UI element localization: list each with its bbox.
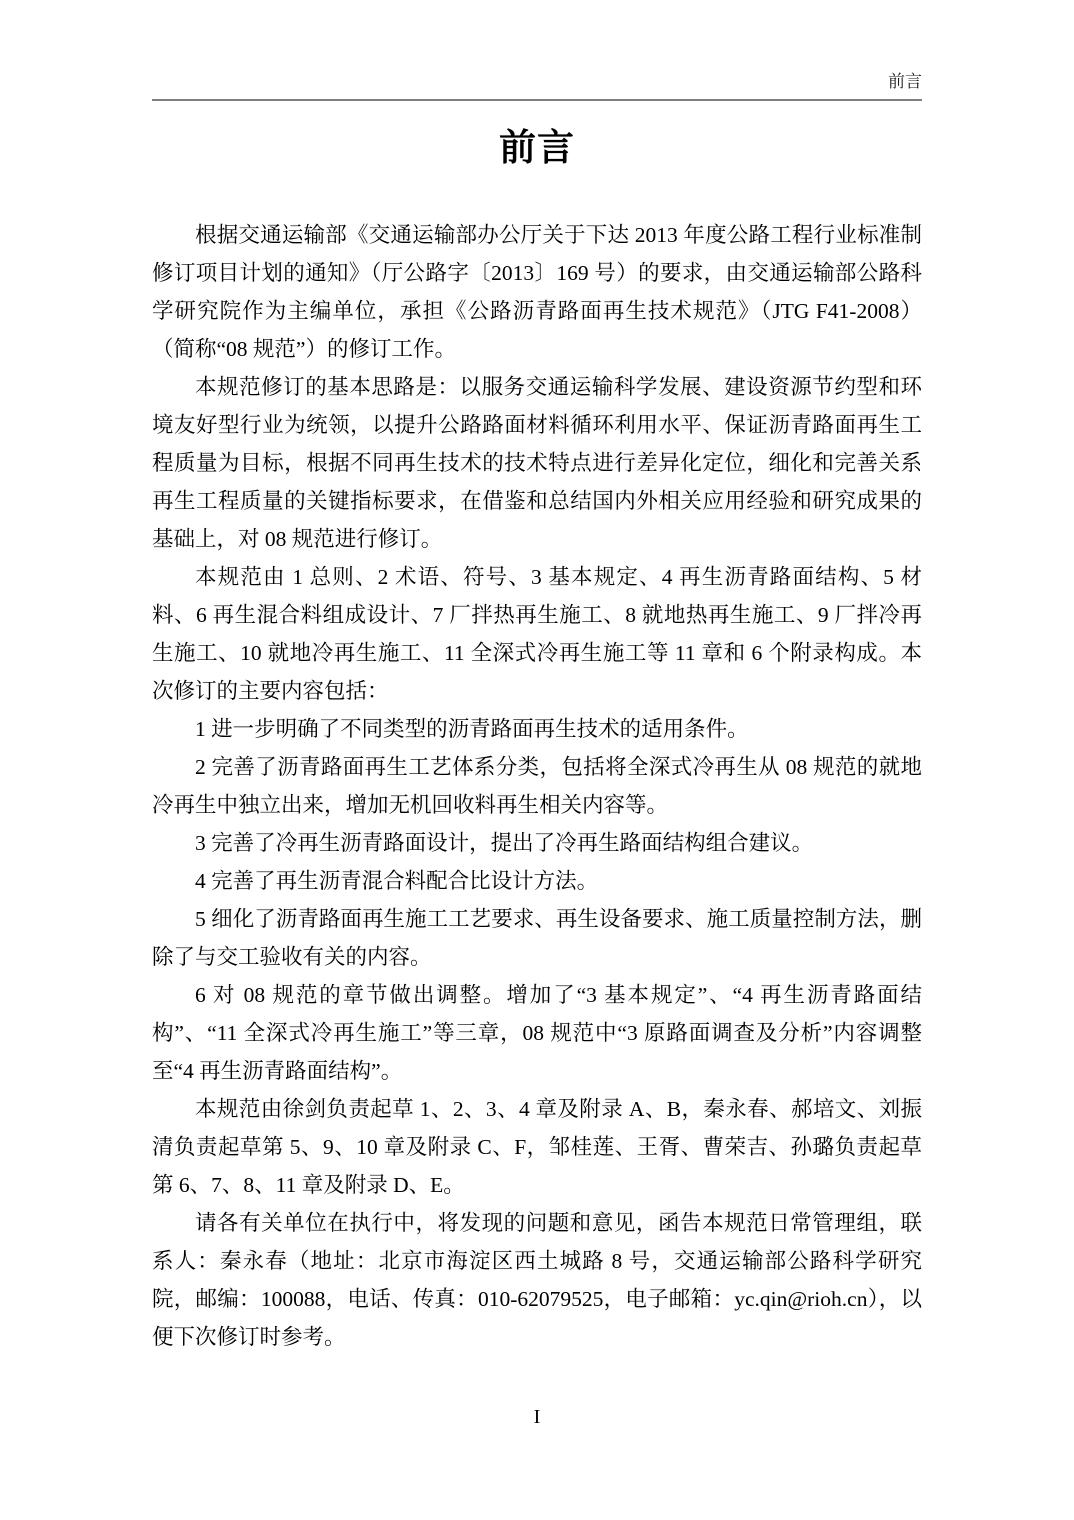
header-rule bbox=[152, 99, 922, 101]
list-item-1: 1 进一步明确了不同类型的沥青路面再生技术的适用条件。 bbox=[152, 710, 922, 748]
page-number: I bbox=[534, 1406, 541, 1428]
paragraph-contact: 请各有关单位在执行中，将发现的问题和意见，函告本规范日常管理组，联系人：秦永春（… bbox=[152, 1204, 922, 1356]
paragraph-intro: 根据交通运输部《交通运输部办公厅关于下达 2013 年度公路工程行业标准制修订项… bbox=[152, 216, 922, 368]
page-footer: I bbox=[0, 1403, 1074, 1431]
page-title: 前言 bbox=[0, 124, 1074, 172]
paragraph-revision-approach: 本规范修订的基本思路是：以服务交通运输科学发展、建设资源节约型和环境友好型行业为… bbox=[152, 368, 922, 558]
document-page: 前言 前言 根据交通运输部《交通运输部办公厅关于下达 2013 年度公路工程行业… bbox=[0, 0, 1074, 1520]
list-item-2: 2 完善了沥青路面再生工艺体系分类，包括将全深式冷再生从 08 规范的就地冷再生… bbox=[152, 748, 922, 824]
list-item-6: 6 对 08 规范的章节做出调整。增加了“3 基本规定”、“4 再生沥青路面结构… bbox=[152, 976, 922, 1090]
running-header-title: 前言 bbox=[888, 72, 922, 91]
list-item-4: 4 完善了再生沥青混合料配合比设计方法。 bbox=[152, 862, 922, 900]
paragraph-structure: 本规范由 1 总则、2 术语、符号、3 基本规定、4 再生沥青路面结构、5 材料… bbox=[152, 558, 922, 710]
running-header: 前言 bbox=[152, 70, 922, 94]
document-body: 根据交通运输部《交通运输部办公厅关于下达 2013 年度公路工程行业标准制修订项… bbox=[152, 216, 922, 1356]
list-item-3: 3 完善了冷再生沥青路面设计，提出了冷再生路面结构组合建议。 bbox=[152, 824, 922, 862]
paragraph-drafters: 本规范由徐剑负责起草 1、2、3、4 章及附录 A、B，秦永春、郝培文、刘振清负… bbox=[152, 1090, 922, 1204]
list-item-5: 5 细化了沥青路面再生施工工艺要求、再生设备要求、施工质量控制方法，删除了与交工… bbox=[152, 900, 922, 976]
